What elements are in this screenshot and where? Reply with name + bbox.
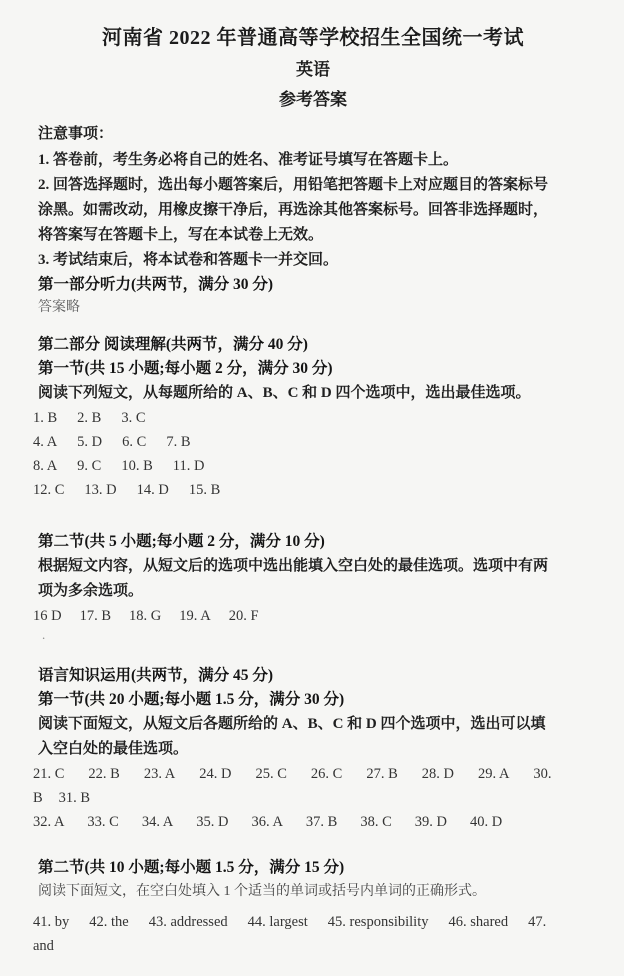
answer-item: 27. B [366, 762, 397, 786]
answer-item: 11. D [173, 454, 205, 478]
answer-item: 23. A [144, 762, 175, 786]
answer-item: 30. [533, 762, 551, 786]
answer-item: 37. B [306, 810, 337, 834]
answer-item: 33. C [87, 810, 118, 834]
answer-key-label: 参考答案 [38, 87, 588, 113]
answer-item: 36. A [252, 810, 283, 834]
answer-item: 28. D [422, 762, 454, 786]
reading-section2-heading: 第二节(共 5 小题;每小题 2 分，满分 10 分) [38, 530, 588, 554]
answer-item: 15. B [189, 478, 220, 502]
language-use-heading: 语言知识运用(共两节，满分 45 分) [38, 664, 588, 688]
notice-item-2-line-1: 2. 回答选择题时，选出每小题答案后，用铅笔把答题卡上对应题目的答案标号 [38, 173, 588, 198]
answer-item: 13. D [84, 478, 116, 502]
notice-item-2-line-2: 涂黑。如需改动，用橡皮擦干净后，再选涂其他答案标号。回答非选择题时， [38, 198, 588, 223]
answer-item: 1. B [33, 406, 57, 430]
answer-item: 4. A [33, 430, 57, 454]
answer-item: 44. largest [248, 910, 308, 934]
doc-title: 河南省 2022 年普通高等学校招生全国统一考试 [38, 24, 588, 52]
answer-item: 10. B [121, 454, 152, 478]
answer-item: 3. C [121, 406, 145, 430]
answer-row-47-continued: and [33, 934, 588, 958]
notice-item-1: 1. 答卷前，考生务必将自己的姓名、准考证号填写在答题卡上。 [38, 148, 588, 173]
answer-item: 8. A [33, 454, 57, 478]
answer-item: 20. F [229, 604, 259, 628]
part1-listening-heading: 第一部分听力(共两节，满分 30 分) [38, 273, 588, 297]
answer-item: 42. the [89, 910, 128, 934]
answer-item: 41. by [33, 910, 69, 934]
answer-item: 29. A [478, 762, 509, 786]
answer-item: 17. B [80, 604, 111, 628]
answer-item: 26. C [311, 762, 342, 786]
answer-row-16-20: 16 D 17. B 18. G 19. A 20. F [33, 604, 588, 628]
answer-item: 14. D [137, 478, 169, 502]
answer-row-4-7: 4. A 5. D 6. C 7. B [33, 430, 588, 454]
answer-item: 47. [528, 910, 546, 934]
reading-section1-heading: 第一节(共 15 小题;每小题 2 分，满分 30 分) [38, 357, 588, 381]
answer-item: 40. D [470, 810, 502, 834]
answer-item: 19. A [179, 604, 210, 628]
language-section1-heading: 第一节(共 20 小题;每小题 1.5 分，满分 30 分) [38, 688, 588, 712]
listening-answers-note: 答案略 [38, 297, 588, 319]
answer-item: 9. C [77, 454, 101, 478]
notice-item-3: 3. 考试结束后，将本试卷和答题卡一并交回。 [38, 248, 588, 273]
language-section1-instruction-line-2: 入空白处的最佳选项。 [38, 737, 588, 762]
answer-item: 39. D [415, 810, 447, 834]
language-section2-heading: 第二节(共 10 小题;每小题 1.5 分，满分 15 分) [38, 856, 588, 880]
reading-section2-instruction-line-1: 根据短文内容，从短文后的选项中选出能填入空白处的最佳选项。选项中有两 [38, 554, 588, 579]
reading-section2-instruction-line-2: 项为多余选项。 [38, 579, 588, 604]
answer-item: 6. C [122, 430, 146, 454]
answer-row-30b-31: B 31. B [33, 786, 588, 810]
answer-item: 7. B [166, 430, 190, 454]
part2-reading-heading: 第二部分 阅读理解(共两节，满分 40 分) [38, 333, 588, 357]
answer-item: B [33, 786, 43, 810]
answer-row-12-15: 12. C 13. D 14. D 15. B [33, 478, 588, 502]
answer-item: 2. B [77, 406, 101, 430]
answer-item: 31. B [59, 786, 90, 810]
answer-item: 5. D [77, 430, 102, 454]
answer-row-21-30: 21. C 22. B 23. A 24. D 25. C 26. C 27. … [33, 762, 588, 786]
notice-heading: 注意事项： [38, 122, 588, 146]
answer-item: 21. C [33, 762, 64, 786]
answer-item: 43. addressed [149, 910, 228, 934]
language-section1-instruction-line-1: 阅读下面短文，从短文后各题所给的 A、B、C 和 D 四个选项中，选出可以填 [38, 712, 588, 737]
answer-item: 45. responsibility [328, 910, 429, 934]
answer-item: 18. G [129, 604, 161, 628]
stray-mark: . [38, 628, 588, 642]
answer-row-1-3: 1. B 2. B 3. C [33, 406, 588, 430]
answer-item: 38. C [360, 810, 391, 834]
answer-row-8-11: 8. A 9. C 10. B 11. D [33, 454, 588, 478]
answer-item: 34. A [142, 810, 173, 834]
answer-row-41-47: 41. by 42. the 43. addressed 44. largest… [33, 910, 588, 934]
reading-section1-instruction: 阅读下列短文，从每题所给的 A、B、C 和 D 四个选项中，选出最佳选项。 [38, 381, 588, 406]
notice-item-2-line-3: 将答案写在答题卡上，写在本试卷上无效。 [38, 223, 588, 248]
answer-item: 12. C [33, 478, 64, 502]
answer-item: 24. D [199, 762, 231, 786]
doc-subject: 英语 [38, 57, 588, 83]
answer-item: 16 D [33, 604, 62, 628]
answer-item: and [33, 934, 54, 958]
answer-item: 46. shared [448, 910, 508, 934]
answer-item: 32. A [33, 810, 64, 834]
answer-item: 35. D [196, 810, 228, 834]
language-section2-instruction: 阅读下面短文，在空白处填入 1 个适当的单词或括号内单词的正确形式。 [38, 880, 588, 904]
document-page: 河南省 2022 年普通高等学校招生全国统一考试 英语 参考答案 注意事项： 1… [0, 0, 624, 976]
answer-item: 25. C [256, 762, 287, 786]
answer-row-32-40: 32. A 33. C 34. A 35. D 36. A 37. B 38. … [33, 810, 588, 834]
answer-item: 22. B [88, 762, 119, 786]
